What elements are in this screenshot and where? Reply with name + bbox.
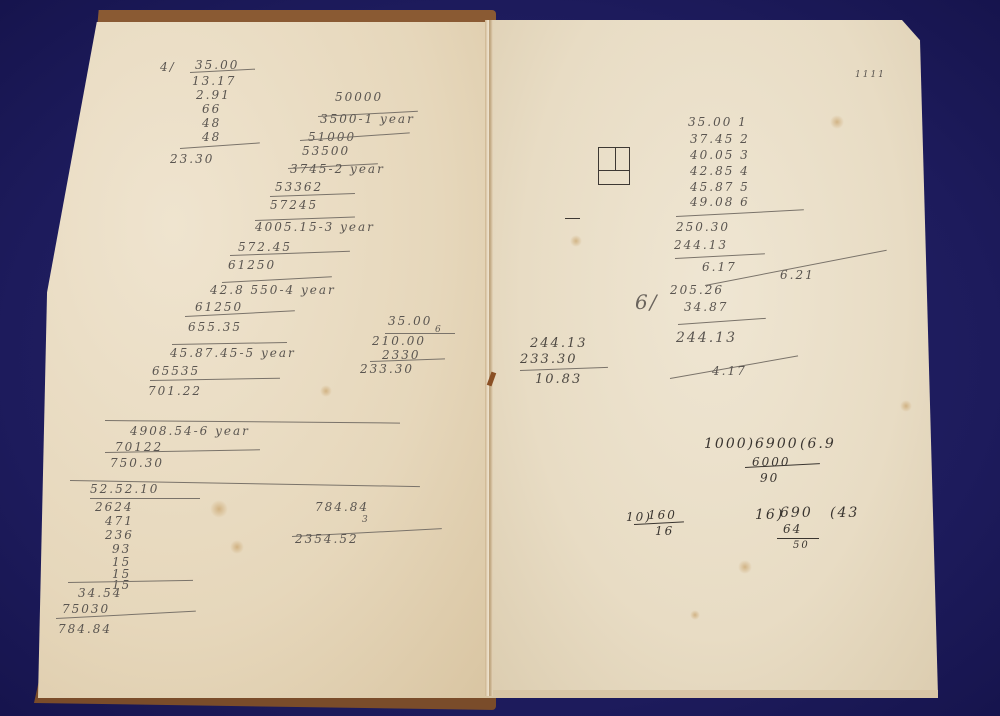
handwritten-number: 34.87 xyxy=(684,300,728,314)
foxing-stain xyxy=(830,115,844,129)
foxing-stain xyxy=(570,235,582,247)
handwritten-number: 6/ xyxy=(635,290,658,314)
handwritten-number: 2.91 xyxy=(196,88,231,102)
handwritten-number: 34.54 xyxy=(78,586,122,600)
handwritten-number: 75030 xyxy=(62,602,110,616)
handwritten-number: 13.17 xyxy=(192,74,236,88)
handwritten-number: 205.26 xyxy=(670,283,724,297)
box-diagram-sketch xyxy=(598,147,630,185)
handwritten-number: 1000) xyxy=(704,436,755,452)
handwritten-number: 3500-1 year xyxy=(320,112,415,126)
handwritten-number: 690 xyxy=(780,505,813,521)
handwritten-number: 49.08 6 xyxy=(690,195,750,209)
handwritten-number: 50 xyxy=(793,540,810,551)
handwritten-number: 2624 xyxy=(95,500,134,514)
handwritten-number: 244.13 xyxy=(674,238,728,252)
handwritten-number: 6.21 xyxy=(780,268,815,282)
handwritten-number: 48 xyxy=(202,130,221,144)
foxing-stain xyxy=(210,500,228,518)
handwritten-number: 250.30 xyxy=(676,220,730,234)
handwritten-number: 65535 xyxy=(152,364,200,378)
handwritten-number: 10.83 xyxy=(535,372,582,387)
handwritten-number: 61250 xyxy=(195,300,243,314)
handwritten-number: 45.87.45-5 year xyxy=(170,346,296,360)
foxing-stain xyxy=(900,400,912,412)
handwritten-number: 42.85 4 xyxy=(690,164,750,178)
handwritten-number: 572.45 xyxy=(238,240,292,254)
foxing-stain xyxy=(320,385,332,397)
handwritten-number: 244.13 xyxy=(676,330,737,346)
book-gutter xyxy=(485,20,493,696)
sketch-line xyxy=(605,148,616,171)
handwritten-number: 45.87 5 xyxy=(690,180,750,194)
handwritten-number: 23.30 xyxy=(170,152,214,166)
handwritten-number: 90 xyxy=(760,471,779,485)
handwritten-number: 42.8 550-4 year xyxy=(210,283,336,297)
handwritten-number: 236 xyxy=(105,528,134,542)
page-edges xyxy=(488,690,938,698)
handwritten-number: 4.17 xyxy=(712,364,747,378)
sum-rule xyxy=(90,498,200,499)
pencil-dash xyxy=(565,218,580,219)
handwritten-number: 4/ xyxy=(160,60,176,74)
handwritten-number: 66 xyxy=(202,102,221,116)
handwritten-number: (43 xyxy=(830,505,859,521)
handwritten-number: 655.35 xyxy=(188,320,242,334)
handwritten-number: 701.22 xyxy=(148,384,202,398)
handwritten-number: 35.00 xyxy=(388,314,432,328)
handwritten-number: 53362 xyxy=(275,180,323,194)
handwritten-number: 93 xyxy=(112,542,131,556)
handwritten-number: 16 xyxy=(655,524,674,538)
handwritten-number: 233.30 xyxy=(520,352,578,367)
foxing-stain xyxy=(738,560,752,574)
handwritten-number: 57245 xyxy=(270,198,318,212)
handwritten-number: 2354.52 xyxy=(295,532,359,546)
handwritten-number: 3 xyxy=(362,515,370,525)
handwritten-number: 61250 xyxy=(228,258,276,272)
handwritten-number: 48 xyxy=(202,116,221,130)
handwritten-number: 35.00 1 xyxy=(688,115,748,129)
handwritten-number: 784.84 xyxy=(58,622,112,636)
handwritten-number: 4005.15-3 year xyxy=(255,220,375,234)
handwritten-number: 3745-2 year xyxy=(290,162,385,176)
handwritten-number: 37.45 2 xyxy=(690,132,750,146)
handwritten-number: 40.05 3 xyxy=(690,148,750,162)
handwritten-number: 160 xyxy=(648,508,677,522)
handwritten-number: 64 xyxy=(783,522,802,536)
handwritten-number: 6.17 xyxy=(702,260,737,274)
handwritten-number: 784.84 xyxy=(315,500,369,514)
handwritten-number: 210.00 xyxy=(372,334,426,348)
corner-tally-mark: 1111 xyxy=(855,70,886,80)
handwritten-number: (6.9 xyxy=(800,436,836,452)
handwritten-number: 471 xyxy=(105,514,134,528)
foxing-stain xyxy=(690,610,700,620)
handwritten-number: 4908.54-6 year xyxy=(130,424,250,438)
sum-rule xyxy=(777,538,819,539)
handwritten-number: 53500 xyxy=(302,144,350,158)
foxing-stain xyxy=(230,540,244,554)
handwritten-number: 52.52.10 xyxy=(90,482,159,496)
sketch-line xyxy=(599,170,629,171)
handwritten-number: 233.30 xyxy=(360,362,414,376)
handwritten-number: 750.30 xyxy=(110,456,164,470)
handwritten-number: 244.13 xyxy=(530,336,588,351)
handwritten-number: 6000 xyxy=(752,455,791,469)
handwritten-number: 50000 xyxy=(335,90,383,104)
handwritten-number: 6900 xyxy=(755,436,799,452)
